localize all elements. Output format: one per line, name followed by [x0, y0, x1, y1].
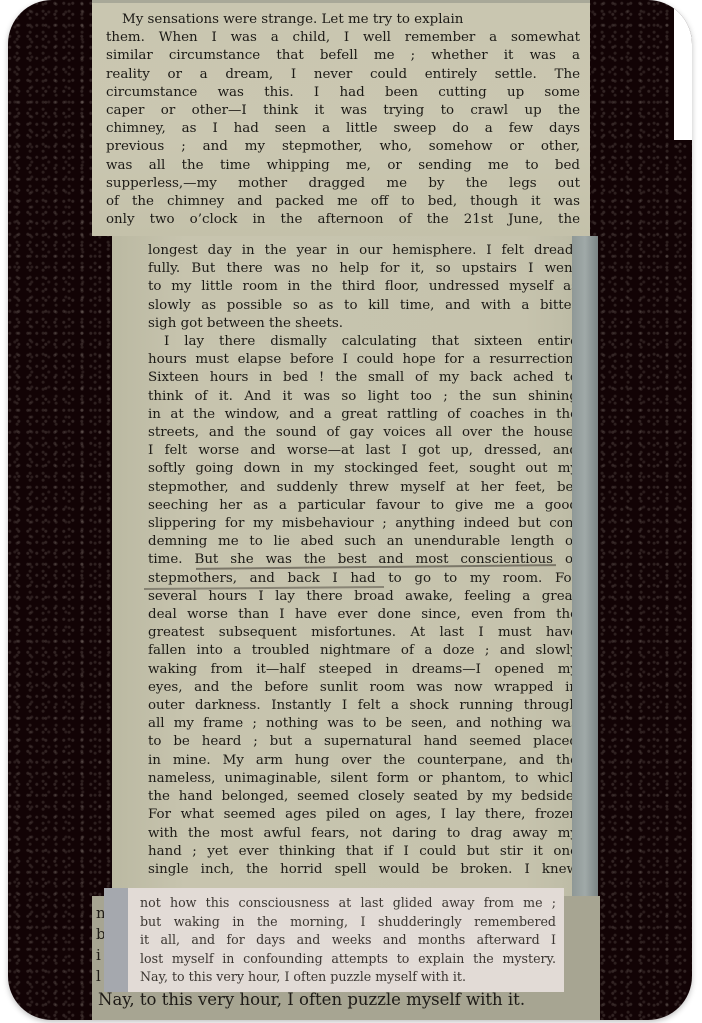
text-line: softly going down in my stockinged feet,… — [148, 460, 578, 478]
page-edge-strip — [572, 236, 598, 896]
text-line: similar circumstance that befell me ; wh… — [106, 47, 580, 65]
text-line: fallen into a troubled nightmare of a do… — [148, 642, 578, 660]
text-line: deal worse than I have ever done since, … — [148, 606, 578, 624]
text-line: fully. But there was no help for it, so … — [148, 260, 578, 278]
top-page-text: My sensations were strange. Let me try t… — [106, 11, 580, 229]
overlay-page-text: not how this consciousness at last glide… — [140, 894, 556, 987]
text-line: outer darkness. Instantly I felt a shock… — [148, 697, 578, 715]
text-line: all my frame ; nothing was to be seen, a… — [148, 715, 578, 733]
text-line: greatest subsequent misfortunes. At last… — [148, 624, 578, 642]
text-line: them. When I was a child, I well remembe… — [106, 29, 580, 47]
text-line: seeching her as a particular favour to g… — [148, 497, 578, 515]
frame-notch — [674, 0, 692, 140]
text-line: slowly as possible so as to kill time, a… — [148, 297, 578, 315]
text-line: circumstance was this. I had been cuttin… — [106, 84, 580, 102]
text-line: My sensations were strange. Let me try t… — [106, 11, 580, 29]
text-line: in mine. My arm hung over the counterpan… — [148, 752, 578, 770]
bottom-page-line: Nay, to this very hour, I often puzzle m… — [98, 990, 548, 1009]
text-line: For what seemed ages piled on ages, I la… — [148, 806, 578, 824]
text-line: slippering for my misbehaviour ; anythin… — [148, 515, 578, 533]
text-line: several hours I lay there broad awake, f… — [148, 588, 578, 606]
text-line: single inch, the horrid spell would be b… — [148, 861, 578, 879]
text-line: previous ; and my stepmother, who, someh… — [106, 138, 580, 156]
text-line: supperless,—my mother dragged me by the … — [106, 175, 580, 193]
text-line: in at the window, and a great rattling o… — [148, 406, 578, 424]
text-line: think of it. And it was so light too ; t… — [148, 388, 578, 406]
text-line: waking from it—half steeped in dreams—I … — [148, 661, 578, 679]
text-line: chimney, as I had seen a little sweep do… — [106, 120, 580, 138]
overlay-page-scan: not how this consciousness at last glide… — [104, 888, 564, 992]
text-line: only two o’clock in the afternoon of the… — [106, 211, 580, 229]
top-page-scan: My sensations were strange. Let me try t… — [92, 0, 590, 236]
text-line: stepmother, and suddenly threw myself at… — [148, 479, 578, 497]
text-line: I felt worse and worse—at last I got up,… — [148, 442, 578, 460]
text-line: to be heard ; but a supernatural hand se… — [148, 733, 578, 751]
text-line: to my little room in the third floor, un… — [148, 278, 578, 296]
text-line: was all the time whipping me, or sending… — [106, 157, 580, 175]
text-line: reality or a dream, I never could entire… — [106, 66, 580, 84]
text-line: Nay, to this very hour, I often puzzle m… — [140, 968, 556, 987]
text-line: demning me to lie abed such an unendurab… — [148, 533, 578, 551]
middle-page-text: longest day in the year in our hemispher… — [148, 242, 578, 879]
text-line: but waking in the morning, I shudderingl… — [140, 913, 556, 932]
text-line: sigh got between the sheets. — [148, 315, 578, 333]
text-line: lost myself in confounding attempts to e… — [140, 950, 556, 969]
text-line: nameless, unimaginable, silent form or p… — [148, 770, 578, 788]
text-line: longest day in the year in our hemispher… — [148, 242, 578, 260]
text-line: stepmothers, and back I had to go to my … — [148, 570, 578, 588]
text-line: the hand belonged, seemed closely seated… — [148, 788, 578, 806]
text-line: with the most awful fears, not daring to… — [148, 825, 578, 843]
text-line: hand ; yet ever thinking that if I could… — [148, 843, 578, 861]
text-line: it all, and for days and weeks and month… — [140, 931, 556, 950]
text-line: of the chimney and packed me off to bed,… — [106, 193, 580, 211]
text-line: caper or other—I think it was trying to … — [106, 102, 580, 120]
overlay-edge-bar — [104, 888, 128, 992]
text-line: Sixteen hours in bed ! the small of my b… — [148, 369, 578, 387]
text-line: I lay there dismally calculating that si… — [148, 333, 578, 351]
text-line: hours must elapse before I could hope fo… — [148, 351, 578, 369]
text-line: eyes, and the before sunlit room was now… — [148, 679, 578, 697]
text-line: streets, and the sound of gay voices all… — [148, 424, 578, 442]
text-line: not how this consciousness at last glide… — [140, 894, 556, 913]
